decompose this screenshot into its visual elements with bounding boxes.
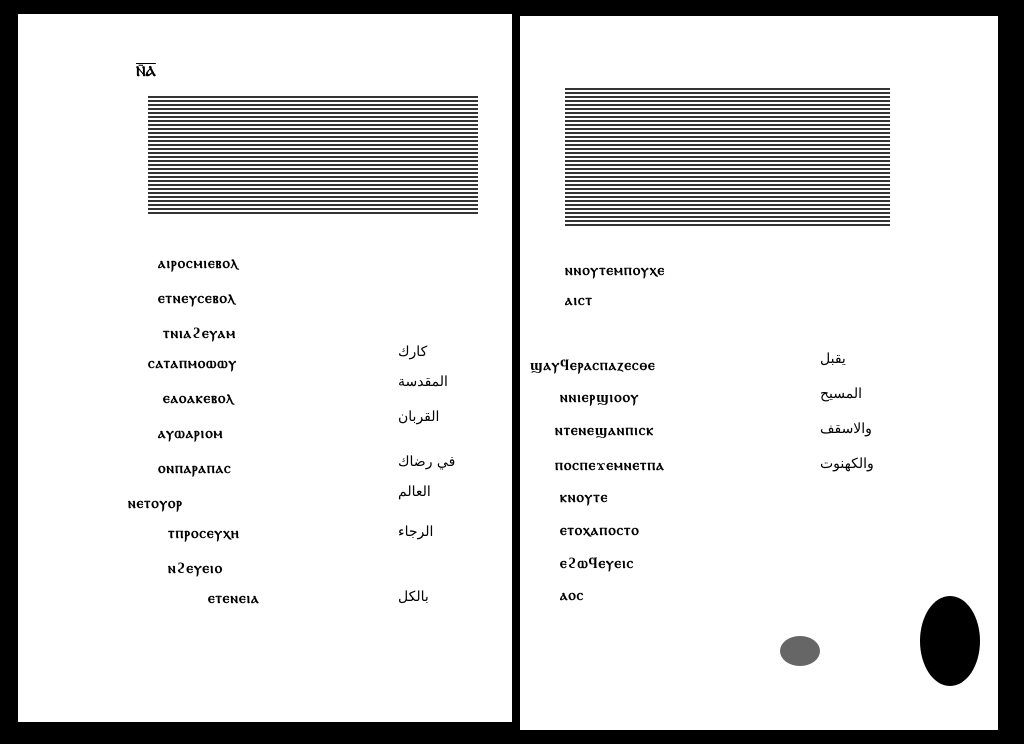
text-line: ⲁⲟⲥ — [560, 586, 584, 604]
left-page: Ⲛ̄Ⲁ ⲁⲓⲣⲟⲥⲙⲓⲉⲃⲟⲗ ⲉⲧⲛⲉⲩⲥⲉⲃⲟⲗ ⲧⲛⲓⲁϩⲉⲩⲁⲙ ⲥⲁⲧ… — [18, 14, 512, 722]
text-line: ⲕⲛⲟⲩⲧⲉ — [560, 488, 608, 506]
right-page: ⲛⲛⲟⲩⲧⲉⲙⲡⲟⲩⲭⲉ ⲁⲓⲥⲧ ϣⲁⲩϥⲉⲣⲁⲥⲡⲁⲍⲉⲥⲑⲉ ⲛⲛⲓⲉⲣϣ… — [520, 16, 998, 730]
arabic-note: في رضاك — [398, 454, 455, 470]
arabic-note: المقدسة — [398, 374, 448, 390]
text-line: ⲉⲧⲛⲉⲩⲥⲉⲃⲟⲗ — [158, 289, 236, 307]
text-line: ⲛϩⲉⲩⲉⲓⲟ — [168, 559, 223, 578]
text-line: ⲁⲩⲱⲁⲣⲓⲟⲙ — [158, 424, 223, 442]
arabic-note: المسيح — [820, 386, 862, 402]
arabic-note: العالم — [398, 484, 431, 500]
folio-number: Ⲛ̄Ⲁ — [136, 64, 156, 80]
arabic-note: والاسقف — [820, 421, 872, 437]
text-line: ⲧⲛⲓⲁϩⲉⲩⲁⲙ — [163, 324, 236, 343]
text-line: ⲟⲛⲡⲁⲣⲁⲡⲁⲥ — [158, 459, 232, 477]
text-line: ⲛⲉⲧⲟⲩⲟⲣ — [128, 494, 183, 512]
text-line: ⲛⲧⲉⲛⲉϣⲁⲛⲡⲓⲥⲕ — [555, 421, 654, 440]
arabic-note: كارك — [398, 344, 427, 360]
damaged-text-block — [148, 94, 478, 214]
ink-stain — [920, 596, 980, 686]
text-line: ⲉϩⲱϥⲉⲩⲉⲓⲥ — [560, 554, 634, 573]
arabic-note: والكهنوت — [820, 456, 874, 472]
arabic-note: بالكل — [398, 589, 429, 605]
text-line: ⲧⲡⲣⲟⲥⲉⲩⲭⲏ — [168, 524, 240, 542]
text-line: ⲛⲛⲟⲩⲧⲉⲙⲡⲟⲩⲭⲉ — [565, 261, 665, 279]
text-line: ϣⲁⲩϥⲉⲣⲁⲥⲡⲁⲍⲉⲥⲑⲉ — [530, 356, 656, 375]
damaged-text-block — [565, 86, 890, 226]
arabic-note: يقبل — [820, 351, 846, 367]
text-line: ⲉⲧⲉⲛⲉⲓⲁ — [208, 589, 260, 607]
text-line: ⲡⲟⲥⲡⲉϫⲉⲙⲛⲉⲧⲡⲁ — [555, 456, 665, 475]
text-line: ⲉⲁⲟⲁⲕⲉⲃⲟⲗ — [163, 389, 234, 407]
text-line: ⲛⲛⲓⲉⲣϣⲓⲟⲟⲩ — [560, 388, 639, 407]
text-line: ⲉⲧⲟⲭⲁⲡⲟⲥⲧⲟ — [560, 521, 640, 539]
text-line: ⲁⲓⲥⲧ — [565, 291, 593, 309]
text-line: ⲁⲓⲣⲟⲥⲙⲓⲉⲃⲟⲗ — [158, 254, 239, 272]
ink-stain — [780, 636, 820, 666]
arabic-note: القربان — [398, 409, 439, 425]
arabic-note: الرجاء — [398, 524, 433, 540]
text-line: ⲥⲁⲧⲁⲡⲙⲟⲱⲱⲩ — [148, 354, 237, 372]
